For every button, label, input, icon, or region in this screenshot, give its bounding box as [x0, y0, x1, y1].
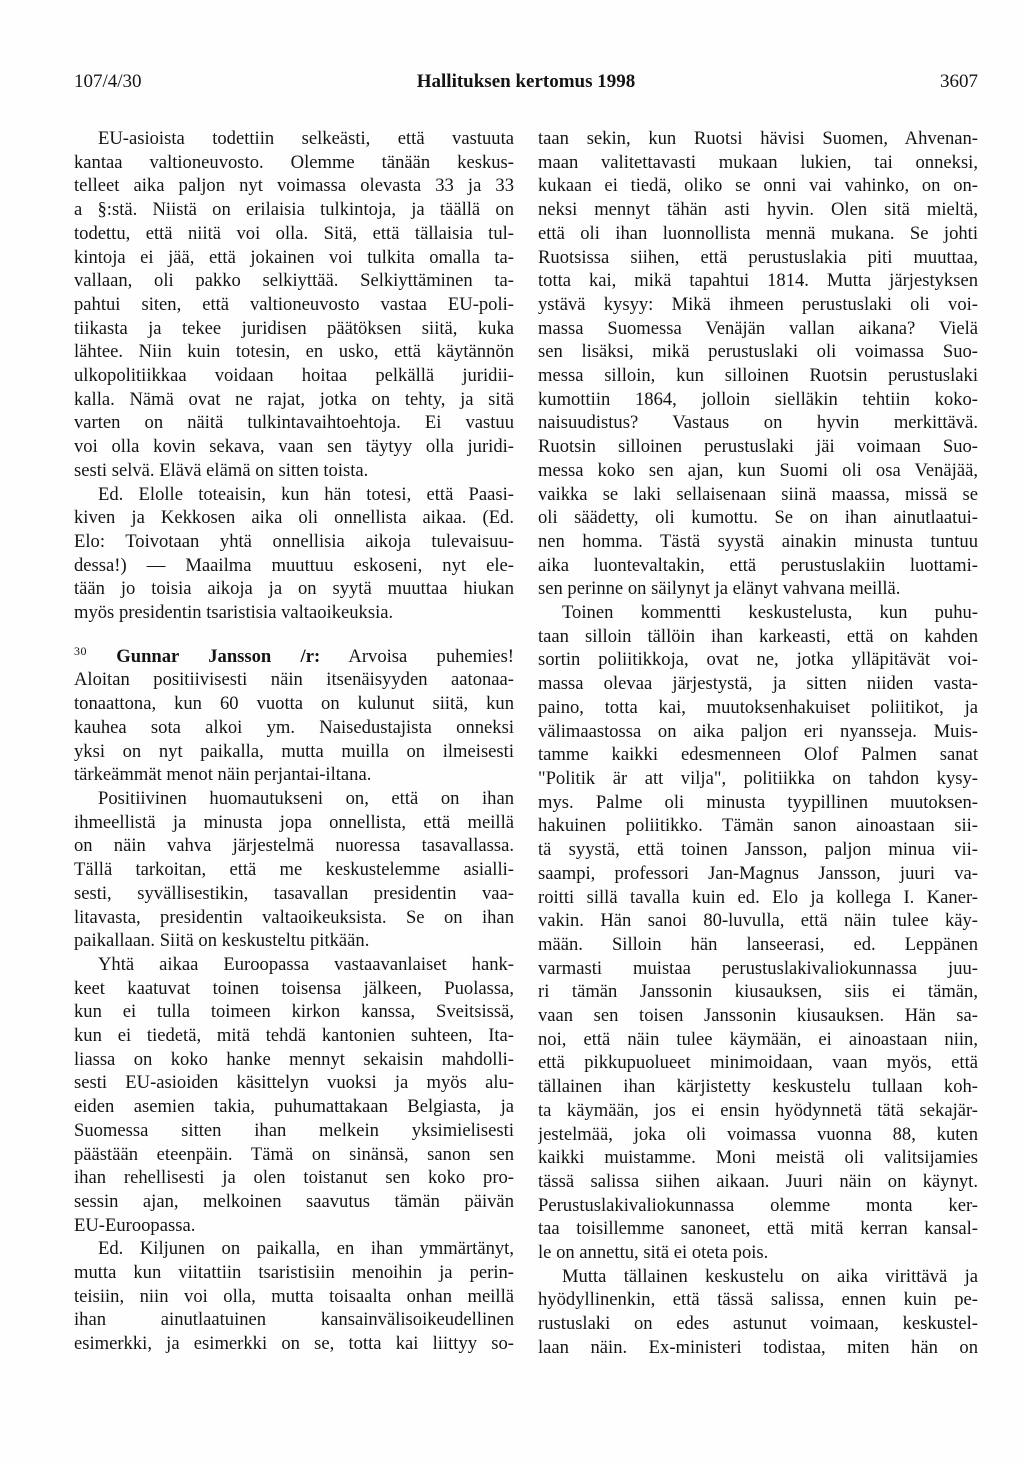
text-line: että pikkupuolueet minimoidaan, vaan myö…: [538, 1051, 978, 1075]
text-line: teisiin, niin voi olla, mutta toisaalta …: [74, 1285, 514, 1309]
text-line: Tällä tarkoitan, että me keskustelemme a…: [74, 858, 514, 882]
text-line: totta kai, mikä tapahtui 1814. Mutta jär…: [538, 269, 978, 293]
text-line: Ed. Elolle toteaisin, kun hän totesi, et…: [74, 483, 514, 507]
text-columns: EU-asioista todettiin selkeästi, että va…: [74, 127, 978, 1360]
text-line: ihan ainutlaatuinen kansainvälisoikeudel…: [74, 1308, 514, 1332]
text-line: mys. Palme oli minusta tyypillinen muuto…: [538, 791, 978, 815]
text-line: varmasti muistaa perustuslakivaliokunnas…: [538, 957, 978, 981]
text-line: sesti, syvällisestikin, tasavallan presi…: [74, 882, 514, 906]
text-line: mään. Silloin hän lanseerasi, ed. Leppän…: [538, 933, 978, 957]
text-line: Elo: Toivotaan yhtä onnellisia aikoja tu…: [74, 530, 514, 554]
text-line: Ruotsissa siihen, että perustuslakia pit…: [538, 246, 978, 270]
text-line: pahtui siten, että valtioneuvosto vastaa…: [74, 293, 514, 317]
text-line: eiden asemien takia, puhumattakaan Belgi…: [74, 1095, 514, 1119]
text-line: että oli ihan luonnollista mennä mukana.…: [538, 222, 978, 246]
text-line: vaan sen toisen Janssonin kiusauksen. Hä…: [538, 1004, 978, 1028]
paragraph: Ed. Kiljunen on paikalla, en ihan ymmärt…: [74, 1237, 514, 1356]
text-line: kiven ja Kekkosen aika oli onnellista ai…: [74, 506, 514, 530]
text-line: ta käymään, jos ei ensin hyödynnetä tätä…: [538, 1099, 978, 1123]
text-line: noi, että näin tulee käymään, ei ainoast…: [538, 1028, 978, 1052]
text-line: ihan rehellisesti ja olen toistanut sen …: [74, 1166, 514, 1190]
text-line: Positiivinen huomautukseni on, että on i…: [74, 787, 514, 811]
speech-number: 30: [74, 644, 87, 658]
text-line: Suomessa sitten ihan melkein yksimielise…: [74, 1119, 514, 1143]
text-line: "Politik är att vilja", politiikka on ta…: [538, 767, 978, 791]
text-line: tään jo toisia aikoja ja on syytä muutta…: [74, 577, 514, 601]
text-line: tamme kaikki edesmenneen Olof Palmen san…: [538, 743, 978, 767]
text-line: ulkopolitiikkaa voidaan hoitaa pelkällä …: [74, 364, 514, 388]
paragraph: Ed. Elolle toteaisin, kun hän totesi, et…: [74, 483, 514, 625]
text-line: hakuinen poliitikko. Tämän sanon ainoast…: [538, 814, 978, 838]
text-line: yksi on nyt paikalla, mutta muilla on il…: [74, 740, 514, 764]
text-line: Aloitan positiivisesti näin itsenäisyyde…: [74, 668, 514, 692]
text-line: lähtee. Niin kuin totesin, en usko, että…: [74, 340, 514, 364]
text-line: Ed. Kiljunen on paikalla, en ihan ymmärt…: [74, 1237, 514, 1261]
text-line: tässä salissa siihen aikaan. Juuri näin …: [538, 1170, 978, 1194]
text-line: vakin. Hän sanoi 80-luvulla, että näin t…: [538, 909, 978, 933]
text-line: sen lisäksi, mikä perustuslaki oli voima…: [538, 340, 978, 364]
text-line: vallaan, oli pakko selkiyttää. Selkiyttä…: [74, 269, 514, 293]
text-line: dessa!) — Maailma muuttuu eskoseni, nyt …: [74, 554, 514, 578]
text-line: Yhtä aikaa Euroopassa vastaavanlaiset ha…: [74, 953, 514, 977]
text-line: tällainen ihan kärjistetty keskustelu tu…: [538, 1075, 978, 1099]
text-line: paino, totta kai, muutoksenhakuiset poli…: [538, 696, 978, 720]
text-line: myös presidentin tsaristisia valtaoikeuk…: [74, 601, 514, 625]
text-line: a §:stä. Niistä on erilaisia tulkintoja,…: [74, 198, 514, 222]
speaker-name: Gunnar Jansson /r:: [116, 646, 320, 667]
text-line: laan näin. Ex-ministeri todistaa, miten …: [538, 1336, 978, 1360]
text-line: liassa on koko hanke mennyt sekaisin mah…: [74, 1048, 514, 1072]
text-line: mutta kun viitattiin tsaristisiin menoih…: [74, 1261, 514, 1285]
text-line: tärkeämmät menot näin perjantai-iltana.: [74, 763, 514, 787]
text-line: sessin ajan, melkoinen saavutus tämän pä…: [74, 1190, 514, 1214]
text-line: telleet aika paljon nyt voimassa olevast…: [74, 174, 514, 198]
text-line: sortin poliitikkoja, ovat ne, jotka yllä…: [538, 648, 978, 672]
text-line: kun ei tiedetä, mitä tehdä kantonien suh…: [74, 1024, 514, 1048]
paragraph: taan sekin, kun Ruotsi hävisi Suomen, Ah…: [538, 127, 978, 601]
text-line: kalla. Nämä ovat ne rajat, jotka on teht…: [74, 388, 514, 412]
text-line: välimaastossa on aika paljon eri nyansse…: [538, 720, 978, 744]
text-line: tonaattona, kun 60 vuotta on kulunut sii…: [74, 692, 514, 716]
right-column: taan sekin, kun Ruotsi hävisi Suomen, Ah…: [538, 127, 978, 1360]
document-page: 107/4/30 Hallituksen kertomus 1998 3607 …: [0, 0, 1024, 1467]
text-line: massa olevaa järjestystä, ja sitten niid…: [538, 672, 978, 696]
page-header: 107/4/30 Hallituksen kertomus 1998 3607: [74, 70, 978, 96]
text-line: kaikki muistamme. Moni meistä oli valits…: [538, 1146, 978, 1170]
speech-text: Arvoisa puhemies!: [348, 646, 514, 667]
text-line: jestelmää, joka oli voimassa vuonna 88, …: [538, 1123, 978, 1147]
paragraph: Positiivinen huomautukseni on, että on i…: [74, 787, 514, 953]
text-line: Mutta tällainen keskustelu on aika virit…: [538, 1265, 978, 1289]
page-number: 3607: [940, 70, 978, 94]
text-line: kun ei tulla toimeen kirkon kanssa, Svei…: [74, 1000, 514, 1024]
header-title: Hallituksen kertomus 1998: [74, 70, 978, 94]
text-line: neksi mennyt tähän asti hyvin. Olen sitä…: [538, 198, 978, 222]
text-line: messa koko sen ajan, kun Suomi oli osa V…: [538, 459, 978, 483]
text-line: ri tämän Janssonin kiusauksen, siis ei t…: [538, 980, 978, 1004]
paragraph: Mutta tällainen keskustelu on aika virit…: [538, 1265, 978, 1360]
paragraph: 30 Gunnar Jansson /r: Arvoisa puhemies!A…: [74, 640, 514, 787]
text-line: todettu, että niitä voi olla. Sitä, että…: [74, 222, 514, 246]
text-line: maan valitettavasti mukaan lukien, tai o…: [538, 151, 978, 175]
text-line: paikallaan. Siitä on keskusteltu pitkään…: [74, 929, 514, 953]
text-line: 30 Gunnar Jansson /r: Arvoisa puhemies!: [74, 640, 514, 669]
text-line: rustuslaki on edes astunut voimaan, kesk…: [538, 1312, 978, 1336]
text-line: EU-Euroopassa.: [74, 1214, 514, 1238]
text-line: nen homma. Tästä syystä ainakin minusta …: [538, 530, 978, 554]
text-line: kintoja ei jää, että jokainen voi tulkit…: [74, 246, 514, 270]
text-line: kantaa valtioneuvosto. Olemme tänään kes…: [74, 151, 514, 175]
text-line: päästään eteenpäin. Tämä on sinänsä, san…: [74, 1143, 514, 1167]
text-line: massa Suomessa Venäjän vallan aikana? Vi…: [538, 317, 978, 341]
text-line: taan silloin tällöin ihan karkeasti, ett…: [538, 625, 978, 649]
text-line: Ruotsin silloinen perustuslaki jäi voima…: [538, 435, 978, 459]
text-line: ihmeellistä ja minusta jopa onnellista, …: [74, 811, 514, 835]
text-line: vaikka se laki sellaisenaan siinä maassa…: [538, 483, 978, 507]
text-line: keet kaatuvat toinen toisensa jälkeen, P…: [74, 977, 514, 1001]
text-line: kumottiin 1864, jolloin sielläkin tehtii…: [538, 388, 978, 412]
text-line: taan sekin, kun Ruotsi hävisi Suomen, Ah…: [538, 127, 978, 151]
text-line: le on annettu, sitä ei oteta pois.: [538, 1241, 978, 1265]
text-line: naisuudistus? Vastaus on hyvin merkittäv…: [538, 411, 978, 435]
text-line: EU-asioista todettiin selkeästi, että va…: [74, 127, 514, 151]
left-column: EU-asioista todettiin selkeästi, että va…: [74, 127, 514, 1360]
text-line: taa toisillemme sanoneet, että mitä kerr…: [538, 1217, 978, 1241]
text-line: on näin vahva järjestelmä nuoressa tasav…: [74, 834, 514, 858]
text-line: Perustuslakivaliokunnassa olemme monta k…: [538, 1194, 978, 1218]
text-line: sesti EU-asioiden käsittelyn vuoksi ja m…: [74, 1071, 514, 1095]
text-line: Toinen kommentti keskustelusta, kun puhu…: [538, 601, 978, 625]
text-line: kukaan ei tiedä, oliko se onni vai vahin…: [538, 174, 978, 198]
text-line: messa silloin, kun silloinen Ruotsin per…: [538, 364, 978, 388]
text-line: litavasta, presidentin valtaoikeuksista.…: [74, 906, 514, 930]
text-line: sesti selvä. Elävä elämä on sitten toist…: [74, 459, 514, 483]
text-line: saampi, professori Jan-Magnus Jansson, j…: [538, 862, 978, 886]
text-line: esimerkki, ja esimerkki on se, totta kai…: [74, 1332, 514, 1356]
paragraph: EU-asioista todettiin selkeästi, että va…: [74, 127, 514, 483]
text-line: aika luontevaltakin, että perustuslakiin…: [538, 554, 978, 578]
paragraph: Toinen kommentti keskustelusta, kun puhu…: [538, 601, 978, 1265]
text-line: roitti sillä tavalla kuin ed. Elo ja kol…: [538, 886, 978, 910]
text-line: varten on näitä tulkintavaihtoehtoja. Ei…: [74, 411, 514, 435]
text-line: tä syystä, että toinen Jansson, paljon m…: [538, 838, 978, 862]
text-line: ystävä kysyy: Mikä ihmeen perustuslaki o…: [538, 293, 978, 317]
text-line: tiikasta ja tekee juridisen päätöksen si…: [74, 317, 514, 341]
text-line: hyödyllinenkin, että tässä salissa, enne…: [538, 1288, 978, 1312]
text-line: voi olla kovin sekava, vaan sen täytyy o…: [74, 435, 514, 459]
text-line: sen perinne on säilynyt ja elänyt vahvan…: [538, 577, 978, 601]
text-line: kauhea sota alkoi ym. Naisedustajista on…: [74, 716, 514, 740]
text-line: oli säädetty, oli kumottu. Se on ihan ai…: [538, 506, 978, 530]
paragraph: Yhtä aikaa Euroopassa vastaavanlaiset ha…: [74, 953, 514, 1237]
